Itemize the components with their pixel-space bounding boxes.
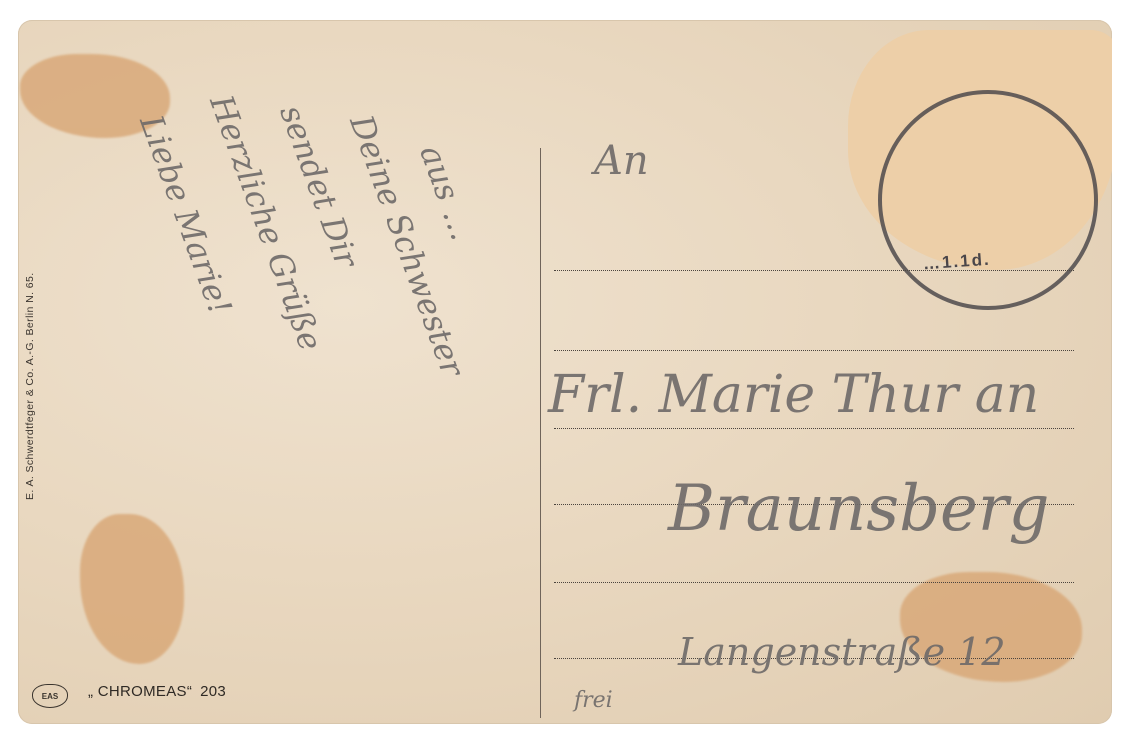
- printer-imprint: E. A. Schwerdtfeger & Co. A.-G. Berlin N…: [24, 272, 36, 500]
- address-city: Braunsberg: [668, 472, 1049, 546]
- address-street: Langenstraße 12: [678, 630, 1006, 674]
- center-divider: [540, 148, 541, 718]
- postmark-circle: [878, 90, 1098, 310]
- address-line-5: [554, 582, 1074, 583]
- series-number: 203: [200, 683, 226, 700]
- message-footer-mark: frei: [574, 688, 613, 713]
- address-line-1: [554, 270, 1074, 271]
- address-line-2: [554, 350, 1074, 351]
- address-line-3: [554, 428, 1074, 429]
- message-line-5: aus …: [412, 140, 481, 245]
- address-salutation: An: [594, 138, 649, 184]
- series-name: „ CHROMEAS“: [88, 683, 192, 700]
- message-line-4: Deine Schwester: [342, 110, 472, 381]
- glue-stain-bottom-left: [80, 514, 184, 664]
- address-name: Frl. Marie Thur an: [548, 365, 1039, 425]
- series-label: „ CHROMEAS“203: [88, 683, 226, 700]
- publisher-logo: EAS: [32, 684, 68, 708]
- postcard: …1.1d. E. A. Schwerdtfeger & Co. A.-G. B…: [18, 20, 1112, 724]
